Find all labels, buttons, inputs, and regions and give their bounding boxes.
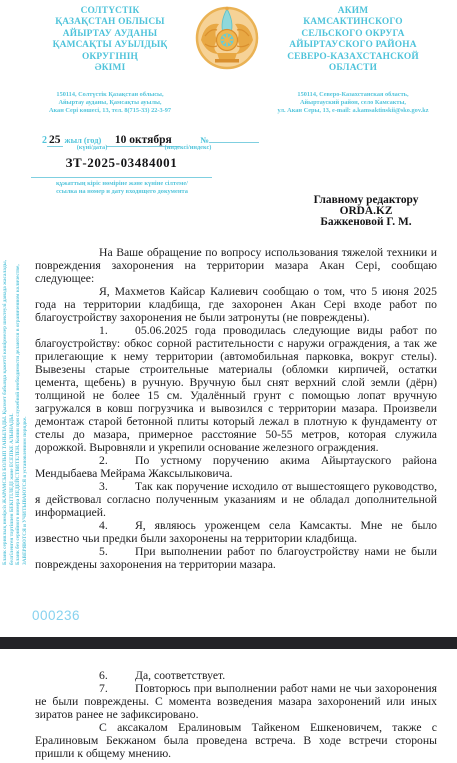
body-paragraph: 6.Да, соответствует. [35, 669, 437, 682]
paragraph-number: 5. [99, 545, 135, 558]
date-caption: (күні/дата) [52, 144, 132, 151]
page-2: 6.Да, соответствует.7.Повторюсь при выпо… [0, 649, 457, 763]
body-paragraph: На Ваше обращение по вопросу использован… [35, 246, 437, 285]
blank-serial-number: 000236 [32, 608, 80, 623]
margin-note: Бланк сериялық нөмірсіз ЖАРАМСЫЗ БОЛЫП Т… [2, 228, 29, 565]
paragraph-number: 1. [99, 324, 135, 337]
margin-note-line: Бланк без серийного номера НЕДЕЙСТВИТЕЛЕ… [15, 228, 22, 565]
body-paragraph: 7.Повторюсь при выполнении работ нами не… [35, 682, 437, 721]
page-1: СОЛТҮСТІК ҚАЗАҚСТАН ОБЛЫСЫ АЙЫРТАУ АУДАН… [0, 0, 457, 637]
body-paragraph: Я, Махметов Кайсар Калиевич сообщаю о то… [35, 285, 437, 324]
paragraph-number: 2. [99, 454, 135, 467]
body-paragraph: 3.Так как поручение исходило от вышестоя… [35, 480, 437, 519]
letterhead-left-column: СОЛТҮСТІК ҚАЗАҚСТАН ОБЛЫСЫ АЙЫРТАУ АУДАН… [26, 6, 194, 115]
margin-note-line: ЗАВЕРЯЮТСЯ и УЧИТЫВАЮТСЯ в установленном… [22, 228, 29, 565]
addressee-block: Главному редактору ORDA.KZ Бажкеновой Г.… [285, 195, 447, 228]
scanned-letter: СОЛТҮСТІК ҚАЗАҚСТАН ОБЛЫСЫ АЙЫРТАУ АУДАН… [0, 0, 457, 763]
body-paragraph: 5.При выполнении работ по благоустройств… [35, 545, 437, 571]
letterhead-right-column: АКИМ КАМСАКТИНСКОГО СЕЛЬСКОГО ОКРУГА АЙЫ… [260, 6, 446, 115]
letter-body-page1: На Ваше обращение по вопросу использован… [35, 246, 437, 571]
body-paragraph: 1.05.06.2025 года проводилась следующие … [35, 324, 437, 454]
paragraph-number: 6. [99, 669, 135, 682]
incoming-ref-note: құжаттың кіріс нөміріне және күніне сілт… [13, 180, 231, 196]
body-paragraph: 4.Я, являюсь уроженцем села Камсакты. Мн… [35, 519, 437, 545]
paragraph-number: 4. [99, 519, 135, 532]
letterhead: СОЛТҮСТІК ҚАЗАҚСТАН ОБЛЫСЫ АЙЫРТАУ АУДАН… [26, 6, 446, 115]
addressee-person: Бажкеновой Г. М. [285, 217, 447, 228]
kazakhstan-emblem-icon [195, 6, 259, 70]
body-paragraph: С аксакалом Ералиновым Тайкеном Ешкенови… [35, 721, 437, 760]
paragraph-number: 7. [99, 682, 135, 695]
margin-note-line: Бланк сериялық нөмірсіз ЖАРАМСЫЗ БОЛЫП Т… [2, 228, 9, 565]
emblem-container [194, 6, 260, 70]
org-name-russian: АКИМ КАМСАКТИНСКОГО СЕЛЬСКОГО ОКРУГА АЙЫ… [260, 6, 446, 74]
org-name-kazakh: СОЛТҮСТІК ҚАЗАҚСТАН ОБЛЫСЫ АЙЫРТАУ АУДАН… [26, 6, 194, 74]
reference-underline [31, 177, 212, 178]
paragraph-number: 3. [99, 480, 135, 493]
address-russian: 150114, Северо-Казахстанская область, Ай… [260, 91, 446, 115]
index-caption: (индексі/индекс) [163, 144, 213, 151]
letter-body-page2: 6.Да, соответствует.7.Повторюсь при выпо… [35, 669, 437, 760]
body-paragraph: 2.По устному поручению акима Айыртауског… [35, 454, 437, 480]
page-separator [0, 637, 457, 649]
index-blank [209, 142, 259, 143]
doc-number-stamp: ЗТ-2025-03484001 [31, 155, 212, 171]
address-kazakh: 150114, Солтүстік Қазақстан облысы, Айыр… [26, 91, 194, 115]
